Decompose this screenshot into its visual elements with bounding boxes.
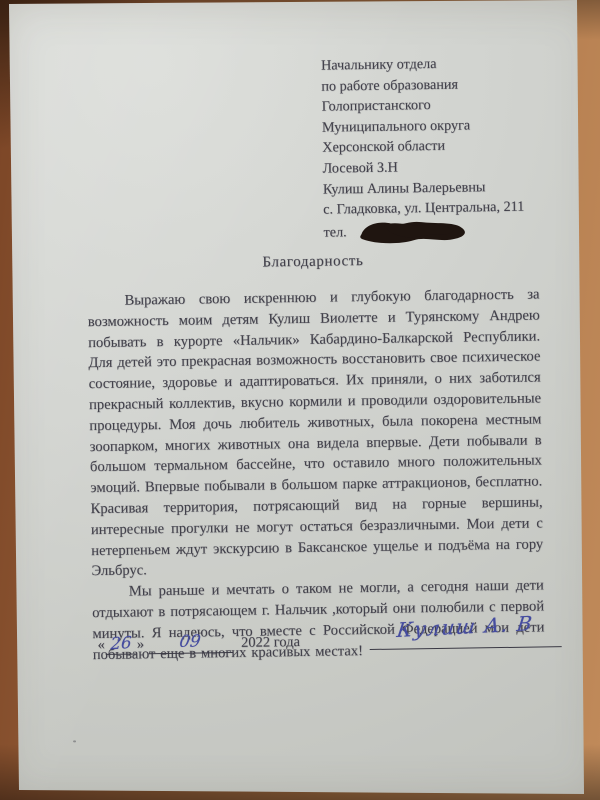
letter-content: Начальнику отдела по работе образования …	[0, 0, 600, 800]
signature-line: Кулиш А. В	[369, 604, 562, 650]
recipient-block: Начальнику отдела по работе образования …	[321, 52, 576, 246]
handwritten-day: 26	[110, 633, 132, 653]
open-quote: «	[97, 637, 104, 653]
month-slot: 09	[148, 632, 232, 654]
handwritten-signature: Кулиш А. В	[396, 611, 535, 642]
date-line: «26»092022 года	[97, 631, 300, 655]
day-slot: 26	[106, 633, 136, 654]
phone-label: тел.	[323, 223, 346, 244]
paper-speck	[73, 740, 76, 742]
handwritten-month: 09	[178, 631, 201, 650]
close-quote: »	[137, 636, 144, 652]
phone-line: тел.	[323, 217, 575, 247]
year-text: 2022 года	[241, 634, 300, 651]
photo-background: Начальнику отдела по работе образования …	[0, 0, 600, 800]
letter-title: Благодарность	[87, 250, 539, 274]
phone-redaction-scribble	[353, 215, 471, 247]
paragraph: Выражаю свою искреннюю и глубокую благод…	[87, 284, 543, 582]
paper-sheet: Начальнику отдела по работе образования …	[0, 0, 600, 800]
